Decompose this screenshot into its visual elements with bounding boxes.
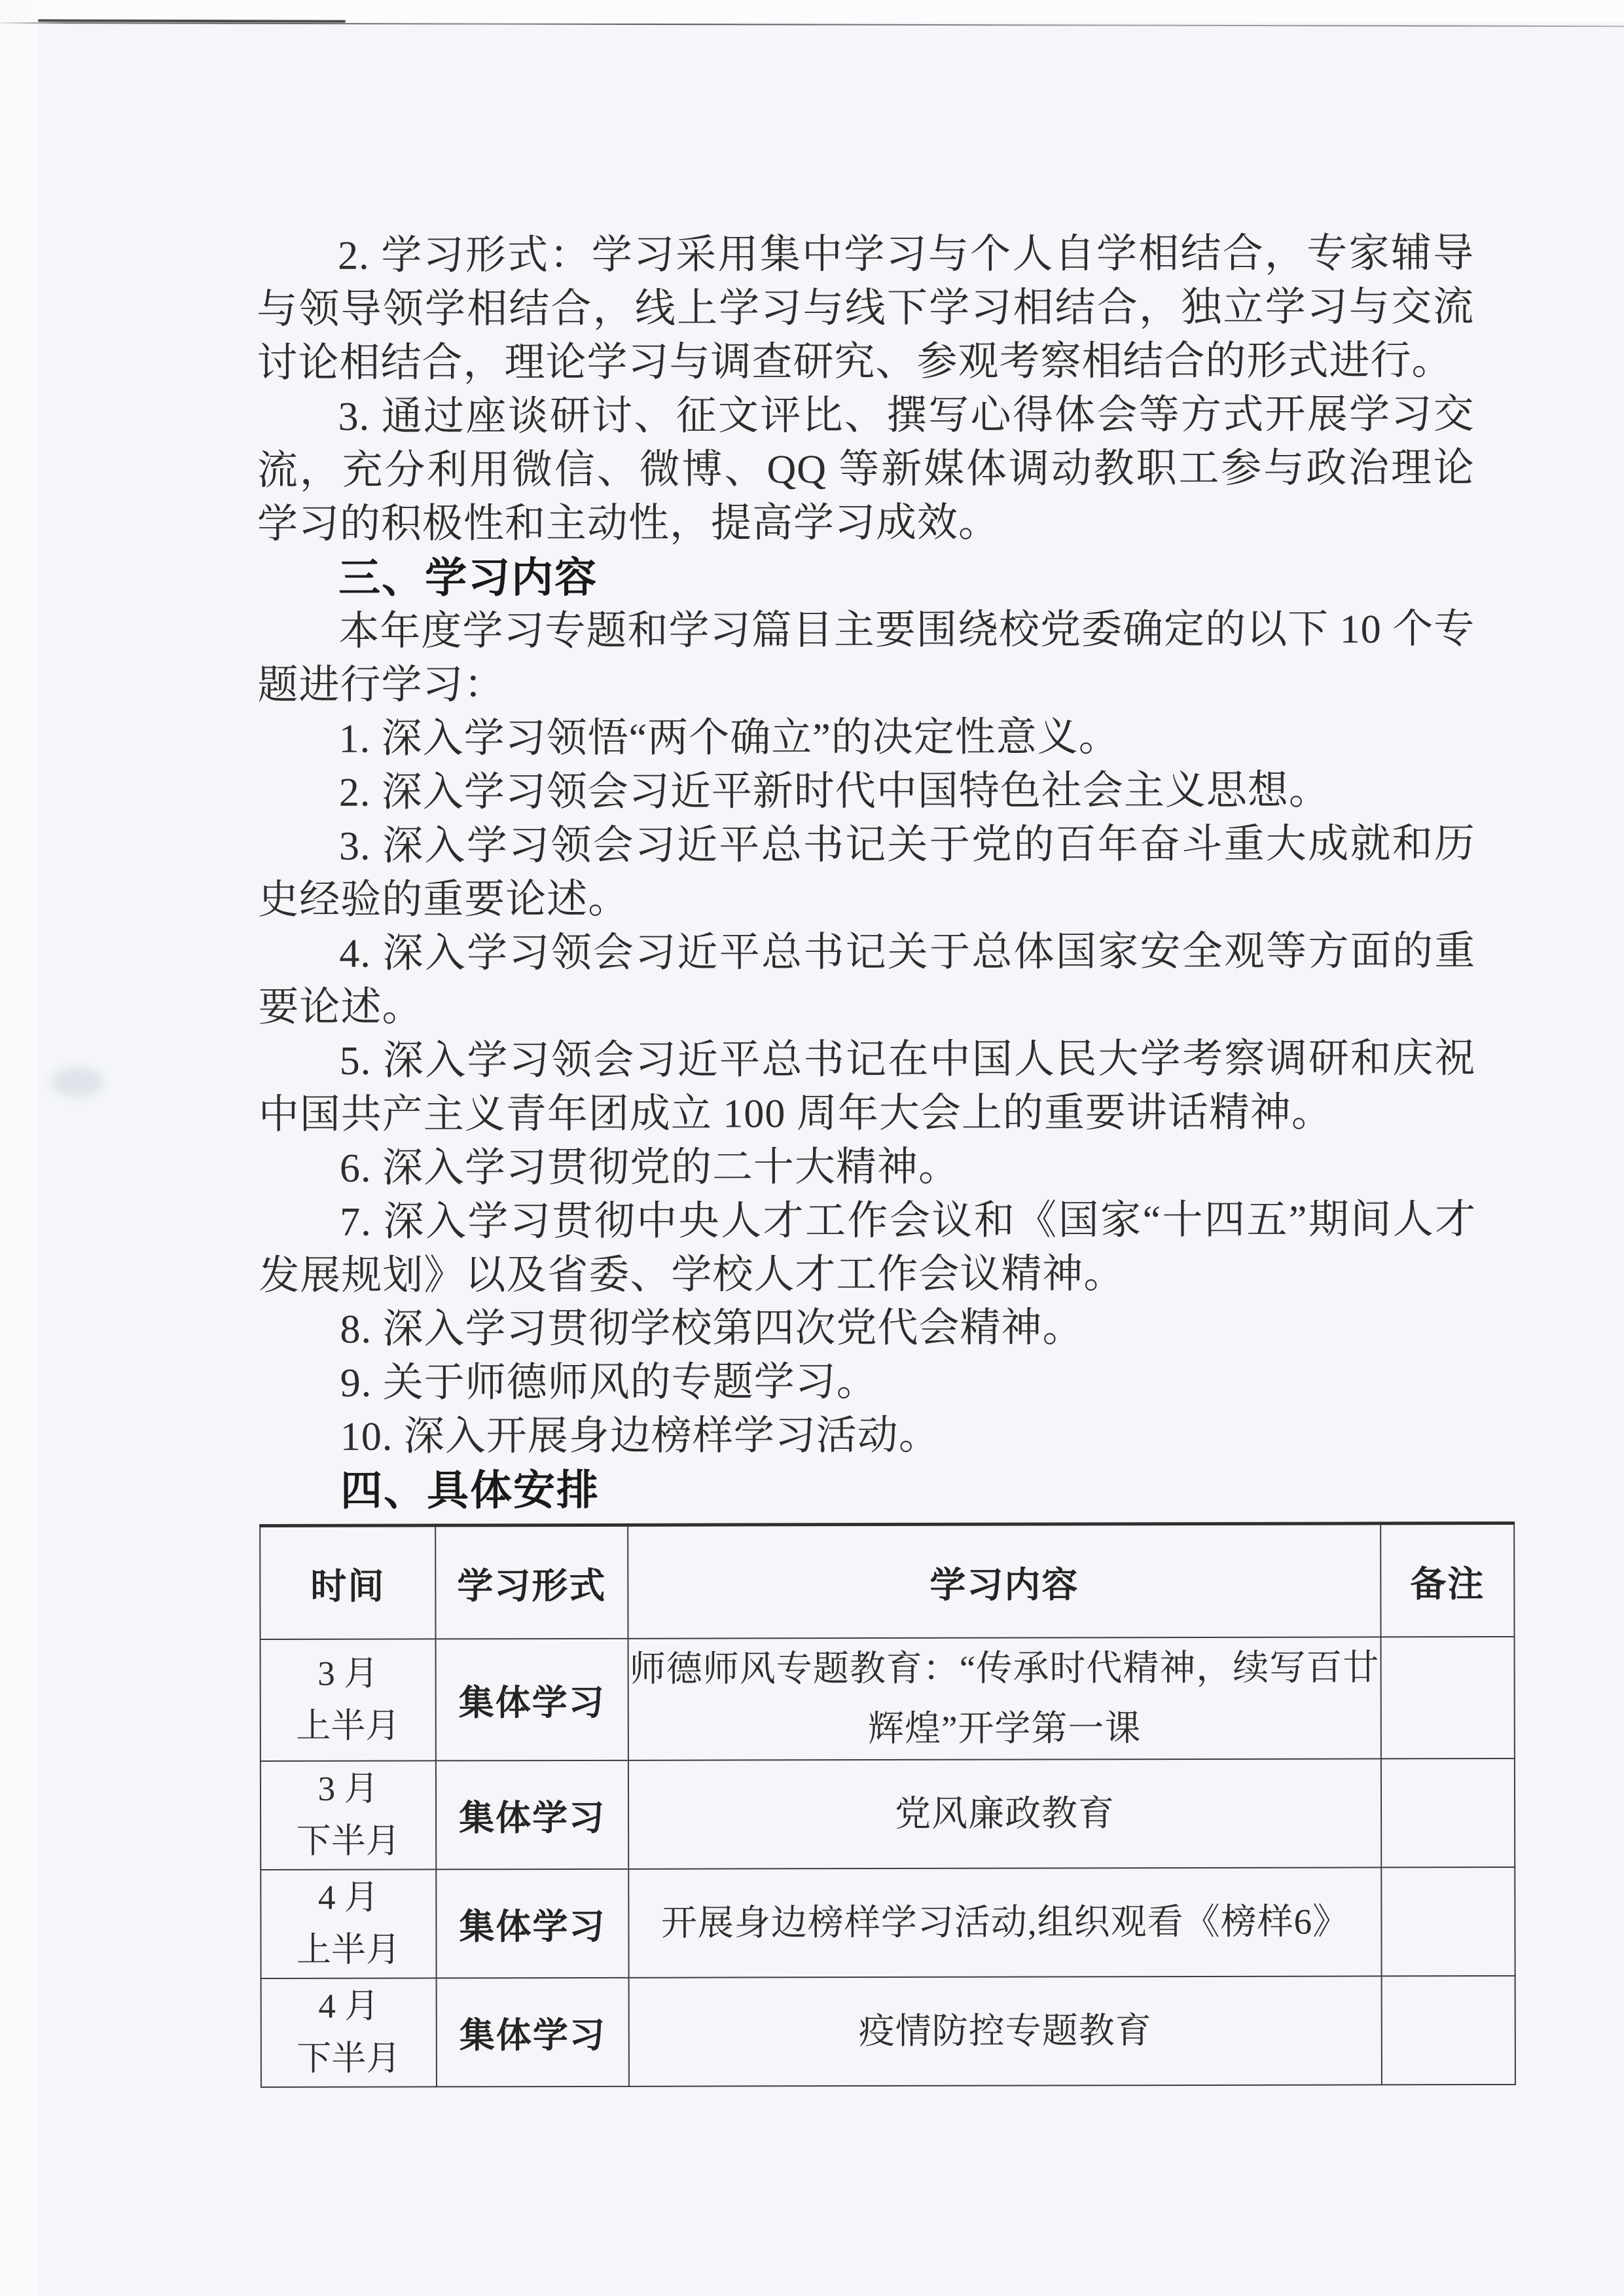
paragraph-study-exchange: 3. 通过座谈研讨、征文评比、撰写心得体会等方式开展学习交流，充分利用微信、微博… [257, 388, 1475, 551]
scanned-document-page: 2. 学习形式：学习采用集中学习与个人自学相结合，专家辅导与领导领学相结合，线上… [0, 0, 1624, 2296]
form-cell: 集体学习 [437, 1978, 629, 2087]
scan-smudge-artifact [51, 1067, 103, 1097]
remark-cell [1381, 1637, 1515, 1758]
content-cell: 师德师风专题教育：“传承时代精神，续写百廿辉煌”开学第一课 [628, 1637, 1381, 1760]
header-cell-content: 学习内容 [628, 1523, 1380, 1639]
list-item-2: 2. 深入学习领会习近平新时代中国特色社会主义思想。 [258, 763, 1475, 820]
list-item-3: 3. 深入学习领会习近平总书记关于党的百年奋斗重大成就和历史经验的重要论述。 [258, 817, 1475, 927]
scan-line-artifact [0, 22, 1624, 27]
time-cell: 3 月 下半月 [261, 1760, 436, 1870]
remark-cell [1381, 1867, 1515, 1976]
half-month-text: 上半月 [261, 1700, 435, 1753]
scan-left-edge-strip [0, 0, 38, 2296]
half-month-text: 下半月 [262, 2032, 436, 2085]
schedule-row-2: 3 月 下半月 集体学习 党风廉政教育 [261, 1758, 1515, 1870]
month-text: 3 月 [261, 1762, 435, 1815]
content-cell: 疫情防控专题教育 [629, 1976, 1382, 2086]
remark-cell [1382, 1976, 1515, 2085]
list-item-1: 1. 深入学习领悟“两个确立”的决定性意义。 [258, 710, 1475, 766]
time-cell: 4 月 上半月 [261, 1869, 436, 1978]
header-cell-remark: 备注 [1380, 1523, 1514, 1637]
schedule-table: 时间 学习形式 学习内容 备注 3 月 上半月 集体学习 师德师风专题教育：“传… [259, 1522, 1516, 2088]
list-item-8: 8. 深入学习贯彻学校第四次党代会精神。 [259, 1300, 1476, 1357]
schedule-row-4: 4 月 下半月 集体学习 疫情防控专题教育 [261, 1976, 1515, 2087]
list-item-6: 6. 深入学习贯彻党的二十大精神。 [259, 1139, 1476, 1195]
half-month-text: 下半月 [261, 1815, 435, 1868]
scan-top-edge-strip [0, 0, 1624, 22]
list-item-9: 9. 关于师德师风的专题学习。 [259, 1354, 1477, 1410]
content-cell: 党风廉政教育 [628, 1758, 1381, 1868]
list-item-7: 7. 深入学习贯彻中央人才工作会议和《国家“十四五”期间人才发展规划》以及省委、… [259, 1193, 1476, 1303]
time-cell: 3 月 上半月 [261, 1639, 436, 1761]
time-cell: 4 月 下半月 [261, 1978, 437, 2087]
list-item-4: 4. 深入学习领会习近平总书记关于总体国家安全观等方面的重要论述。 [258, 924, 1475, 1034]
paragraph-study-format: 2. 学习形式：学习采用集中学习与个人自学相结合，专家辅导与领导领学相结合，线上… [257, 227, 1475, 390]
half-month-text: 上半月 [261, 1923, 435, 1977]
month-text: 4 月 [262, 1980, 436, 2033]
form-cell: 集体学习 [436, 1639, 628, 1761]
schedule-row-1: 3 月 上半月 集体学习 师德师风专题教育：“传承时代精神，续写百廿辉煌”开学第… [261, 1637, 1515, 1761]
paragraph-topics-intro: 本年度学习专题和学习篇目主要围绕校党委确定的以下 10 个专题进行学习： [257, 602, 1475, 712]
form-cell: 集体学习 [436, 1760, 628, 1870]
section-heading-schedule: 四、具体安排 [259, 1461, 1477, 1518]
list-item-10: 10. 深入开展身边榜样学习活动。 [259, 1408, 1477, 1464]
remark-cell [1381, 1758, 1515, 1867]
schedule-row-3: 4 月 上半月 集体学习 开展身边榜样学习活动,组织观看《榜样6》 [261, 1867, 1515, 1978]
text-content: 2. 学习形式：学习采用集中学习与个人自学相结合，专家辅导与领导领学相结合，线上… [257, 227, 1478, 2088]
list-item-5: 5. 深入学习领会习近平总书记在中国人民大学考察调研和庆祝中国共产主义青年团成立… [259, 1032, 1476, 1142]
section-heading-study-content: 三、学习内容 [257, 549, 1475, 605]
header-cell-form: 学习形式 [435, 1525, 628, 1639]
month-text: 3 月 [261, 1647, 435, 1700]
form-cell: 集体学习 [436, 1869, 628, 1978]
month-text: 4 月 [261, 1871, 435, 1924]
header-cell-time: 时间 [260, 1525, 435, 1639]
content-cell: 开展身边榜样学习活动,组织观看《榜样6》 [628, 1867, 1381, 1977]
schedule-header-row: 时间 学习形式 学习内容 备注 [260, 1523, 1514, 1639]
